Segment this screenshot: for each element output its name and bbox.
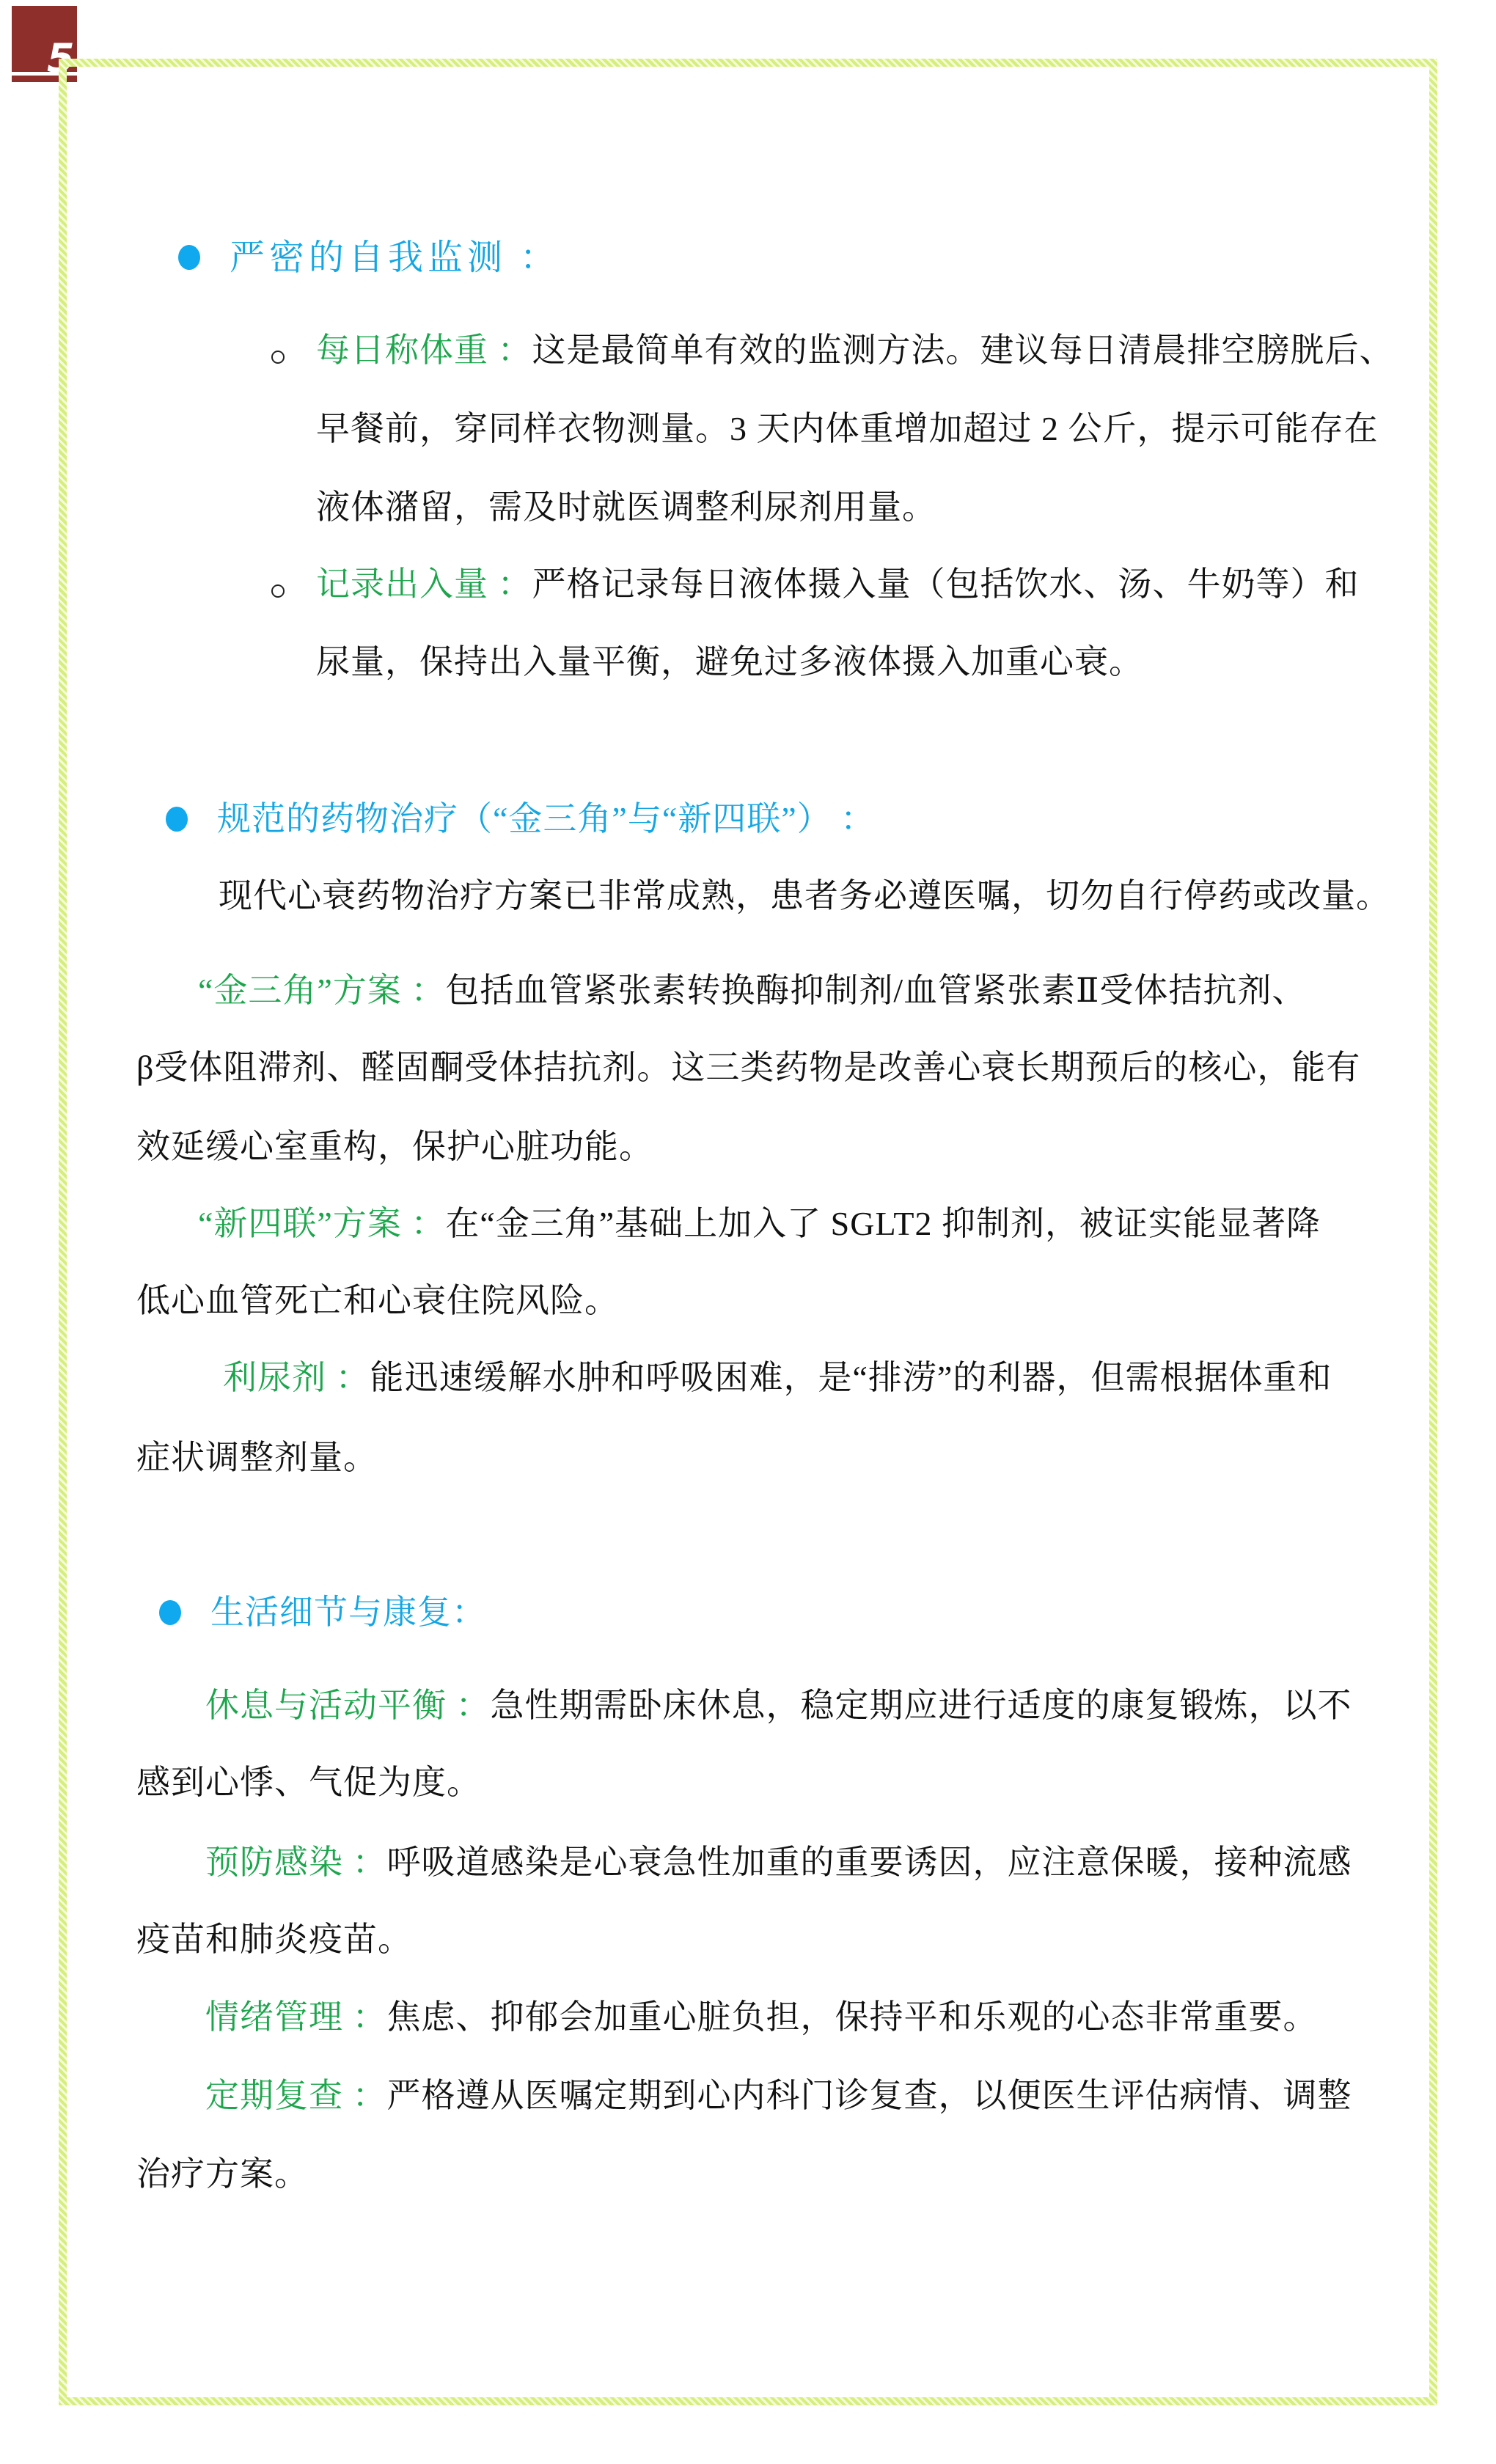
item-label: 定期复查 ： [205, 2077, 387, 2114]
item-text: 在“金三角”基础上加入了 SGLT2 抑制剂，被证实能显著降 [445, 1205, 1321, 1242]
item-label: 记录出入量 ： [316, 565, 532, 603]
item-text: 这是最简单有效的监测方法。建议每日清晨排空膀胱后、 [532, 331, 1394, 369]
item-regular-checkup: 定期复查 ：严格遵从医嘱定期到心内科门诊复查，以便医生评估病情、调整 [205, 2075, 1352, 2116]
item-text: 包括血管紧张素转换酶抑制剂/血管紧张素Ⅱ受体拮抗剂、 [445, 972, 1306, 1009]
item-text: 急性期需卧床休息，稳定期应进行适度的康复锻炼，以不 [491, 1687, 1352, 1724]
section-intro: 现代心衰药物治疗方案已非常成熟，患者务必遵医嘱，切勿自行停药或改量。 [219, 876, 1390, 917]
item-daily-weight: 每日称体重 ：这是最简单有效的监测方法。建议每日清晨排空膀胱后、 [316, 330, 1394, 371]
item-intake-output: 记录出入量 ：严格记录每日液体摄入量（包括饮水、汤、牛奶等）和 [316, 564, 1360, 605]
item-diuretics: 利尿剂 ：能迅速缓解水肿和呼吸困难，是“排涝”的利器，但需根据体重和 [223, 1357, 1332, 1398]
section-heading-medication: 规范的药物治疗（“金三角”与“新四联”） ： [217, 799, 875, 840]
item-label: “金三角”方案 ： [198, 972, 445, 1009]
bullet-dot-icon [159, 1600, 181, 1625]
section-heading-lifestyle: 生活细节与康复： [210, 1592, 486, 1633]
item-text: 严格记录每日液体摄入量（包括饮水、汤、牛奶等）和 [532, 565, 1360, 603]
item-text: 焦虑、抑郁会加重心脏负担，保持平和乐观的心态非常重要。 [387, 1998, 1318, 2036]
item-label: 休息与活动平衡 ： [205, 1687, 491, 1724]
item-golden-triangle: “金三角”方案 ：包括血管紧张素转换酶抑制剂/血管紧张素Ⅱ受体拮抗剂、 [198, 970, 1306, 1011]
sub-bullet-circle-icon [271, 584, 285, 598]
bullet-dot-icon [166, 807, 188, 832]
item-infection-prevention: 预防感染 ：呼吸道感染是心衰急性加重的重要诱因，应注意保暖，接种流感 [205, 1842, 1352, 1883]
sub-bullet-circle-icon [271, 351, 285, 364]
item-text-line: 液体潴留，需及时就医调整利尿剂用量。 [316, 487, 936, 528]
item-text-line: 早餐前，穿同样衣物测量。3 天内体重增加超过 2 公斤，提示可能存在 [316, 408, 1379, 450]
item-label: 情绪管理 ： [205, 1998, 387, 2036]
item-label: “新四联”方案 ： [198, 1205, 445, 1242]
item-text-line: β受体阻滞剂、醛固酮受体拮抗剂。这三类药物是改善心衰长期预后的核心，能有 [136, 1047, 1360, 1088]
item-label: 预防感染 ： [205, 1844, 387, 1881]
item-label: 每日称体重 ： [316, 331, 532, 369]
item-text-line: 感到心悸、气促为度。 [136, 1762, 481, 1803]
item-text-line: 症状调整剂量。 [136, 1437, 378, 1478]
item-text-line: 低心血管死亡和心衰住院风险。 [136, 1280, 619, 1321]
item-text-line: 尿量，保持出入量平衡，避免过多液体摄入加重心衰。 [316, 642, 1143, 683]
bullet-dot-icon [178, 245, 200, 270]
item-new-quadruple: “新四联”方案 ：在“金三角”基础上加入了 SGLT2 抑制剂，被证实能显著降 [198, 1203, 1321, 1244]
item-text-line: 治疗方案。 [136, 2154, 309, 2195]
item-text: 能迅速缓解水肿和呼吸困难，是“排涝”的利器，但需根据体重和 [370, 1359, 1332, 1396]
item-rest-activity: 休息与活动平衡 ：急性期需卧床休息，稳定期应进行适度的康复锻炼，以不 [205, 1685, 1352, 1726]
item-text: 呼吸道感染是心衰急性加重的重要诱因，应注意保暖，接种流感 [387, 1844, 1352, 1881]
item-text-line: 疫苗和肺炎疫苗。 [136, 1919, 412, 1960]
item-emotion-management: 情绪管理 ：焦虑、抑郁会加重心脏负担，保持平和乐观的心态非常重要。 [205, 1997, 1318, 2038]
section-heading-self-monitoring: 严密的自我监测 ： [230, 238, 560, 279]
item-text-line: 效延缓心室重构，保护心脏功能。 [136, 1126, 653, 1167]
item-label: 利尿剂 ： [223, 1359, 370, 1396]
item-text: 严格遵从医嘱定期到心内科门诊复查，以便医生评估病情、调整 [387, 2077, 1352, 2114]
